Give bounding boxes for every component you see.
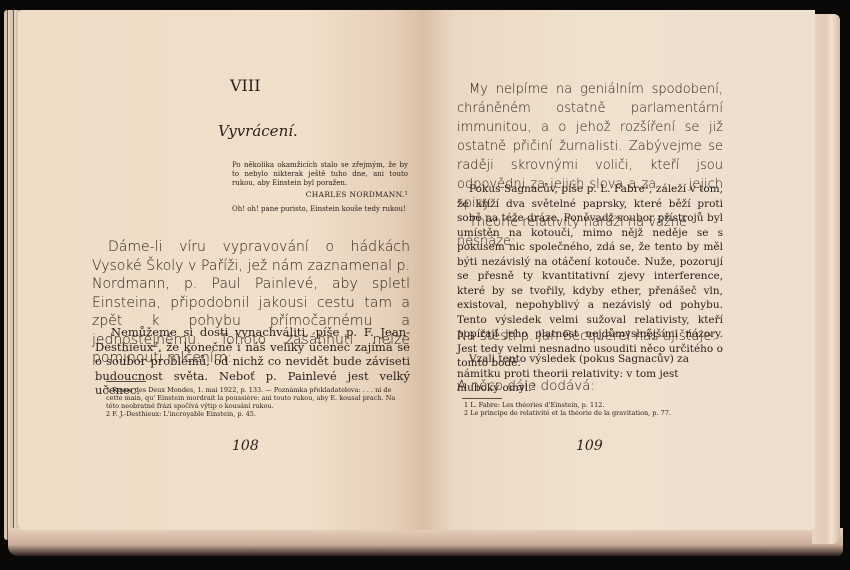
footnote-rule-right [462, 398, 502, 399]
epigraph-text: Po několika okamžicích stalo se zřejmým,… [232, 161, 408, 187]
page-number-right: 109 [576, 438, 603, 454]
right-page-stack [812, 14, 840, 544]
footnote-rule-left [106, 381, 146, 382]
epigraph: Po několika okamžicích stalo se zřejmým,… [232, 161, 408, 214]
epigraph-reply: Oh! oh! pane puristo, Einstein kouše ted… [232, 205, 408, 214]
left-footnote-2: 2 F. J.-Desthieux: L'incroyable Einstein… [106, 410, 406, 418]
right-line-1: Na štěstí p. Jan Becquerel nás ujišťuje: [457, 328, 716, 344]
page-number-left: 108 [232, 438, 259, 454]
left-footnote-1: 1 Revue des Deux Mondes, 1. mai 1922, p.… [106, 386, 406, 410]
book-bottom-edge [8, 528, 843, 556]
right-footnotes: 1 L. Fabre: Les théories d'Einstein, p. … [464, 401, 764, 417]
chapter-title: Vyvrácení. [218, 124, 298, 139]
chapter-number: VIII [230, 78, 261, 94]
right-footnote-2: 2 Le principe de relativité et la théori… [464, 409, 764, 417]
left-footnotes: 1 Revue des Deux Mondes, 1. mai 1922, p.… [106, 386, 406, 418]
right-footnote-1: 1 L. Fabre: Les théories d'Einstein, p. … [464, 401, 764, 409]
epigraph-author: CHARLES NORDMANN.¹ [232, 190, 408, 199]
right-line-2: A něco dále dodává: [457, 378, 595, 394]
